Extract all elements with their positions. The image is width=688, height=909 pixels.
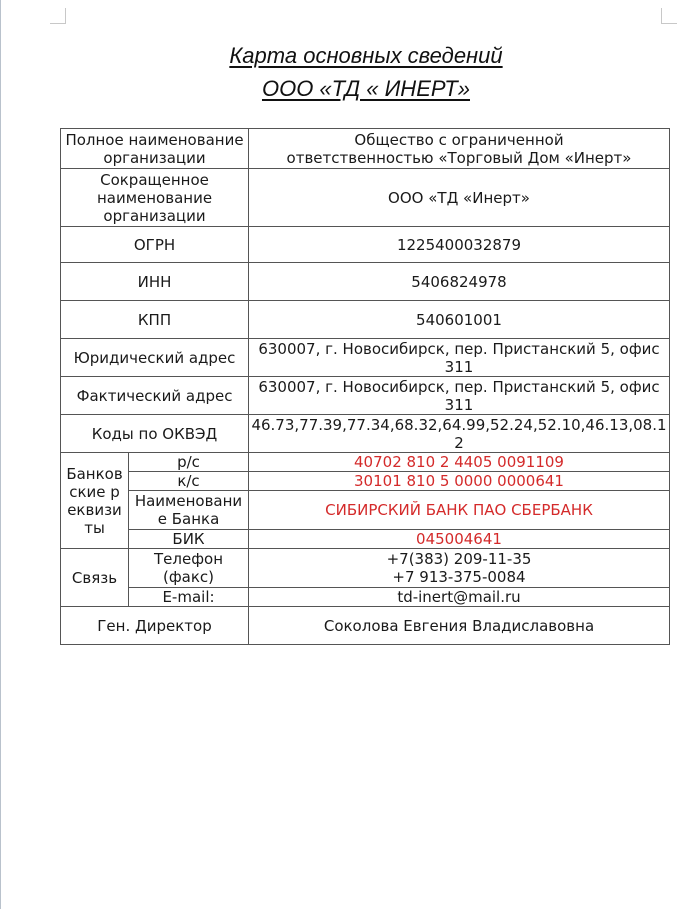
- value-email: td-inert@mail.ru: [249, 588, 670, 607]
- value-phone-line2: +7 913-375-0084: [251, 568, 667, 586]
- label-full-name: Полное наименование организации: [61, 129, 249, 169]
- company-info-table: Полное наименование организации Общество…: [60, 128, 670, 645]
- table-row-short-name: Сокращенное наименование организации ООО…: [61, 169, 670, 227]
- label-inn: ИНН: [61, 263, 249, 301]
- table-row-actual-address: Фактический адрес 630007, г. Новосибирск…: [61, 377, 670, 415]
- label-bank-name: Наименование Банка: [129, 491, 249, 530]
- label-email: E-mail:: [129, 588, 249, 607]
- label-director: Ген. Директор: [61, 607, 249, 645]
- table-row-okved: Коды по ОКВЭД 46.73,77.39,77.34,68.32,64…: [61, 415, 670, 453]
- value-short-name: ООО «ТД «Инерт»: [249, 169, 670, 227]
- value-bank-name: СИБИРСКИЙ БАНК ПАО СБЕРБАНК: [249, 491, 670, 530]
- value-legal-address: 630007, г. Новосибирск, пер. Пристанский…: [249, 339, 670, 377]
- document-title-line1: Карта основных сведений: [22, 43, 688, 69]
- value-ogrn: 1225400032879: [249, 227, 670, 263]
- document-title-line2: ООО «ТД « ИНЕРТ»: [22, 76, 688, 102]
- value-full-name: Общество с ограниченной ответственностью…: [249, 129, 670, 169]
- label-correspondent-account: к/с: [129, 472, 249, 491]
- table-row-phone: Связь Телефон (факс) +7(383) 209-11-35 +…: [61, 549, 670, 588]
- label-actual-address: Фактический адрес: [61, 377, 249, 415]
- label-phone: Телефон (факс): [129, 549, 249, 588]
- value-bik: 045004641: [249, 530, 670, 549]
- value-correspondent-account: 30101 810 5 0000 0000641: [249, 472, 670, 491]
- table-row-ogrn: ОГРН 1225400032879: [61, 227, 670, 263]
- value-phone-line1: +7(383) 209-11-35: [251, 550, 667, 568]
- table-row-inn: ИНН 5406824978: [61, 263, 670, 301]
- label-bik: БИК: [129, 530, 249, 549]
- label-settlement-account: р/с: [129, 453, 249, 472]
- table-row-full-name: Полное наименование организации Общество…: [61, 129, 670, 169]
- table-row-bank-name: Наименование Банка СИБИРСКИЙ БАНК ПАО СБ…: [61, 491, 670, 530]
- table-row-correspondent-account: к/с 30101 810 5 0000 0000641: [61, 472, 670, 491]
- value-kpp: 540601001: [249, 301, 670, 339]
- table-row-email: E-mail: td-inert@mail.ru: [61, 588, 670, 607]
- table-row-legal-address: Юридический адрес 630007, г. Новосибирск…: [61, 339, 670, 377]
- value-actual-address: 630007, г. Новосибирск, пер. Пристанский…: [249, 377, 670, 415]
- table-row-director: Ген. Директор Соколова Евгения Владислав…: [61, 607, 670, 645]
- label-contact-group: Связь: [61, 549, 129, 607]
- table-row-settlement-account: Банковские реквизиты р/с 40702 810 2 440…: [61, 453, 670, 472]
- margin-corner-top-left: [50, 8, 66, 24]
- label-bank-group: Банковские реквизиты: [61, 453, 129, 549]
- value-phone: +7(383) 209-11-35 +7 913-375-0084: [249, 549, 670, 588]
- label-legal-address: Юридический адрес: [61, 339, 249, 377]
- label-ogrn: ОГРН: [61, 227, 249, 263]
- value-settlement-account: 40702 810 2 4405 0091109: [249, 453, 670, 472]
- table-row-kpp: КПП 540601001: [61, 301, 670, 339]
- value-okved: 46.73,77.39,77.34,68.32,64.99,52.24,52.1…: [249, 415, 670, 453]
- page-left-edge: [0, 0, 1, 909]
- value-inn: 5406824978: [249, 263, 670, 301]
- table-row-bik: БИК 045004641: [61, 530, 670, 549]
- value-director: Соколова Евгения Владиславовна: [249, 607, 670, 645]
- label-short-name: Сокращенное наименование организации: [61, 169, 249, 227]
- margin-corner-top-right: [661, 8, 677, 24]
- label-okved: Коды по ОКВЭД: [61, 415, 249, 453]
- label-kpp: КПП: [61, 301, 249, 339]
